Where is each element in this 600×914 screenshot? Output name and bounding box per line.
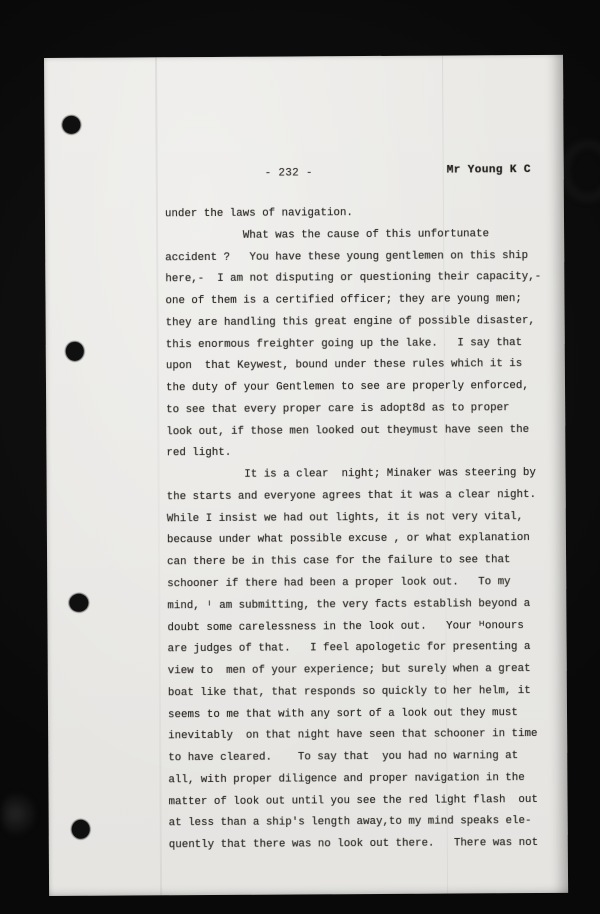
transcript-line: at less than a ship's length away,to my … [169, 811, 545, 835]
scan-artifact-ring [563, 142, 600, 200]
transcript-line: here,- I am not disputing or questioning… [165, 267, 541, 291]
transcript-line: upon that Keywest, bound under these rul… [166, 354, 542, 378]
transcript-line: While I insist we had out lights, it is … [167, 507, 543, 531]
transcript-line: quently that there was no look out there… [169, 833, 545, 857]
page-number: - 232 - [265, 167, 313, 179]
transcript-line: mind, ᴵ am submitting, the very facts es… [167, 594, 543, 618]
transcript-line: all, with proper diligence and proper na… [168, 768, 544, 792]
scan-artifact-blob [2, 788, 36, 840]
scan-background: - 232 - Mr Young K C under the laws of n… [0, 0, 600, 914]
punch-hole [66, 342, 84, 361]
transcript-line: are judges of that. I feel apologetic fo… [168, 637, 544, 661]
transcript-line: to have cleared. To say that you had no … [168, 746, 544, 770]
transcript-line: one of them is a certified officer; they… [165, 289, 541, 313]
document-page: - 232 - Mr Young K C under the laws of n… [44, 55, 568, 896]
transcript-line: red light. [166, 441, 542, 465]
transcript-line: seems to me that with any sort of a look… [168, 703, 544, 727]
transcript-line: this enormous freighter going up the lak… [166, 333, 542, 357]
transcript-line: to see that every proper care is adopt8d… [166, 398, 542, 422]
punch-hole [72, 820, 90, 839]
transcript-line: they are handling this great engine of p… [166, 311, 542, 335]
transcript-line: view to men of your experience; but sure… [168, 659, 544, 683]
transcript-line: It is a clear night; Minaker was steerin… [166, 463, 542, 487]
transcript-line: doubt some carelessness in the look out.… [167, 616, 543, 640]
transcript-line: under the laws of navigation. [165, 202, 541, 226]
transcript-line: the duty of your Gentlemen to see are pr… [166, 376, 542, 400]
transcript-line: inevitably on that night have seen that … [168, 724, 544, 748]
transcript-line: the starts and everyone agrees that it w… [167, 485, 543, 509]
transcript-line: boat like that, that responds so quickly… [168, 681, 544, 705]
transcript-line: matter of look out until you see the red… [168, 790, 544, 814]
transcript-line: look out, if those men looked out theymu… [166, 420, 542, 444]
punch-hole [69, 594, 88, 612]
page-header: - 232 - Mr Young K C [45, 166, 564, 189]
transcript-line: can there be in this case for the failur… [167, 550, 543, 574]
punch-hole [62, 116, 80, 134]
transcript-line: What was the cause of this unfortunate [165, 224, 541, 248]
transcript-line: accident ? You have these young gentleme… [165, 245, 541, 269]
speaker-label: Mr Young K C [447, 164, 531, 177]
transcript-body: under the laws of navigation. What was t… [165, 202, 545, 857]
transcript-line: because under what possible excuse , or … [167, 528, 543, 552]
transcript-line: schooner if there had been a proper look… [167, 572, 543, 596]
